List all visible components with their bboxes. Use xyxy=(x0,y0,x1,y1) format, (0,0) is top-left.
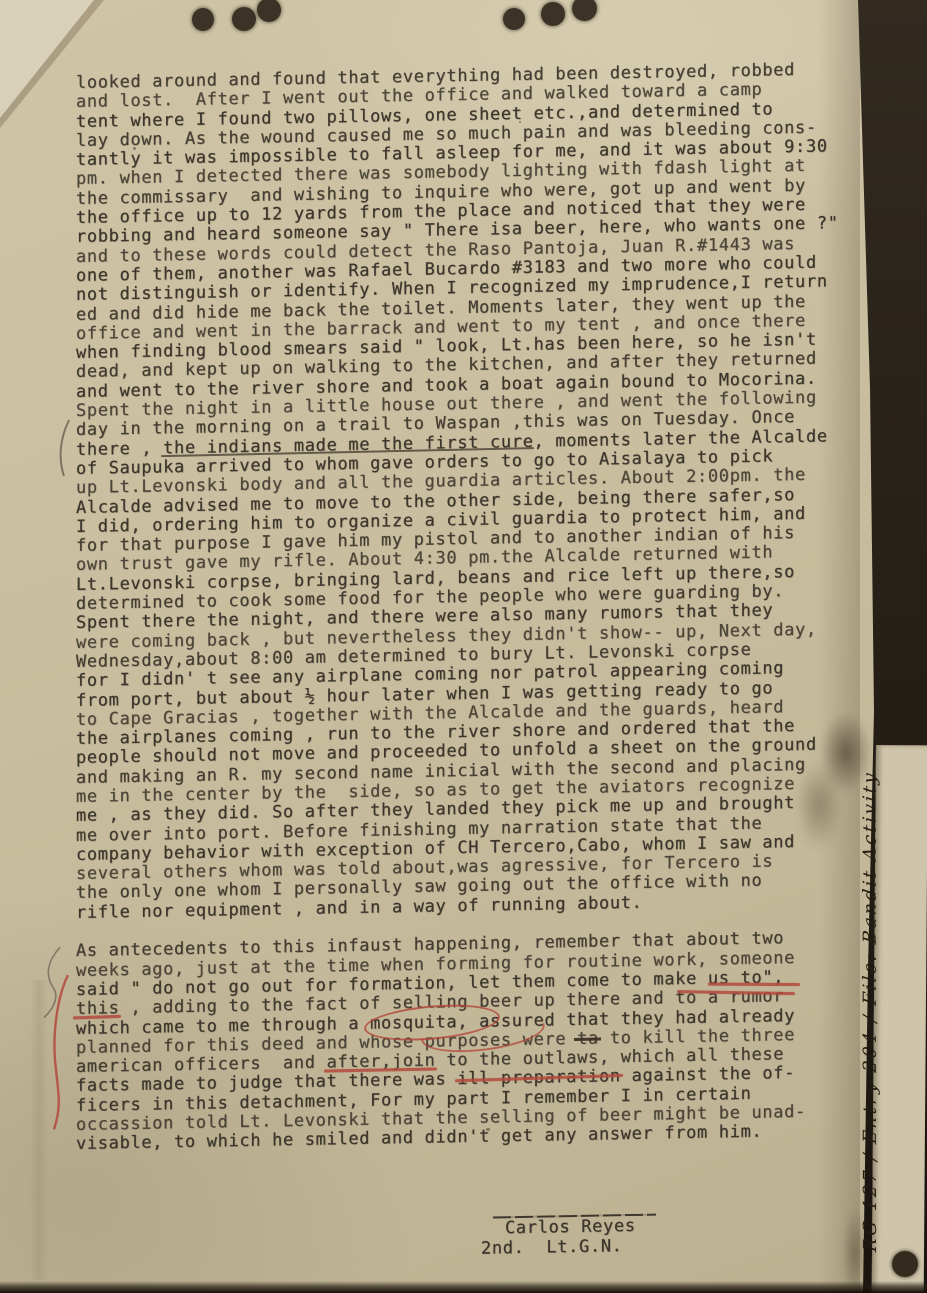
margin-pencil-stroke xyxy=(54,416,76,480)
archival-reference-slip: RG 127 / Entry 204 / File: Bandit Activi… xyxy=(872,745,927,1293)
page-edge-shadow xyxy=(818,0,860,1293)
testimony-paragraph-2: As antecedents to this infaust happening… xyxy=(76,928,876,1155)
red-margin-brace xyxy=(54,975,68,1129)
punch-mark xyxy=(541,2,565,26)
pencil-stroke xyxy=(61,420,69,476)
punch-mark xyxy=(572,0,597,21)
side-note: RG 127 / Entry 204 / File: Bandit Activi… xyxy=(860,770,881,1253)
punch-mark xyxy=(257,0,281,22)
scanned-document-page: looked around and found that everything … xyxy=(0,0,927,1293)
testimony-paragraph-1: looked around and found that everything … xyxy=(76,60,876,923)
paper-crease xyxy=(30,980,48,1280)
bottom-scan-edge xyxy=(0,1281,927,1293)
signature-rank: 2nd. Lt.G.N. xyxy=(481,1237,623,1259)
typewritten-text: looked around and found that everything … xyxy=(76,60,876,1155)
punch-mark xyxy=(892,1251,918,1277)
punch-mark xyxy=(232,7,256,31)
punch-mark xyxy=(503,8,525,30)
punch-mark xyxy=(192,8,214,31)
